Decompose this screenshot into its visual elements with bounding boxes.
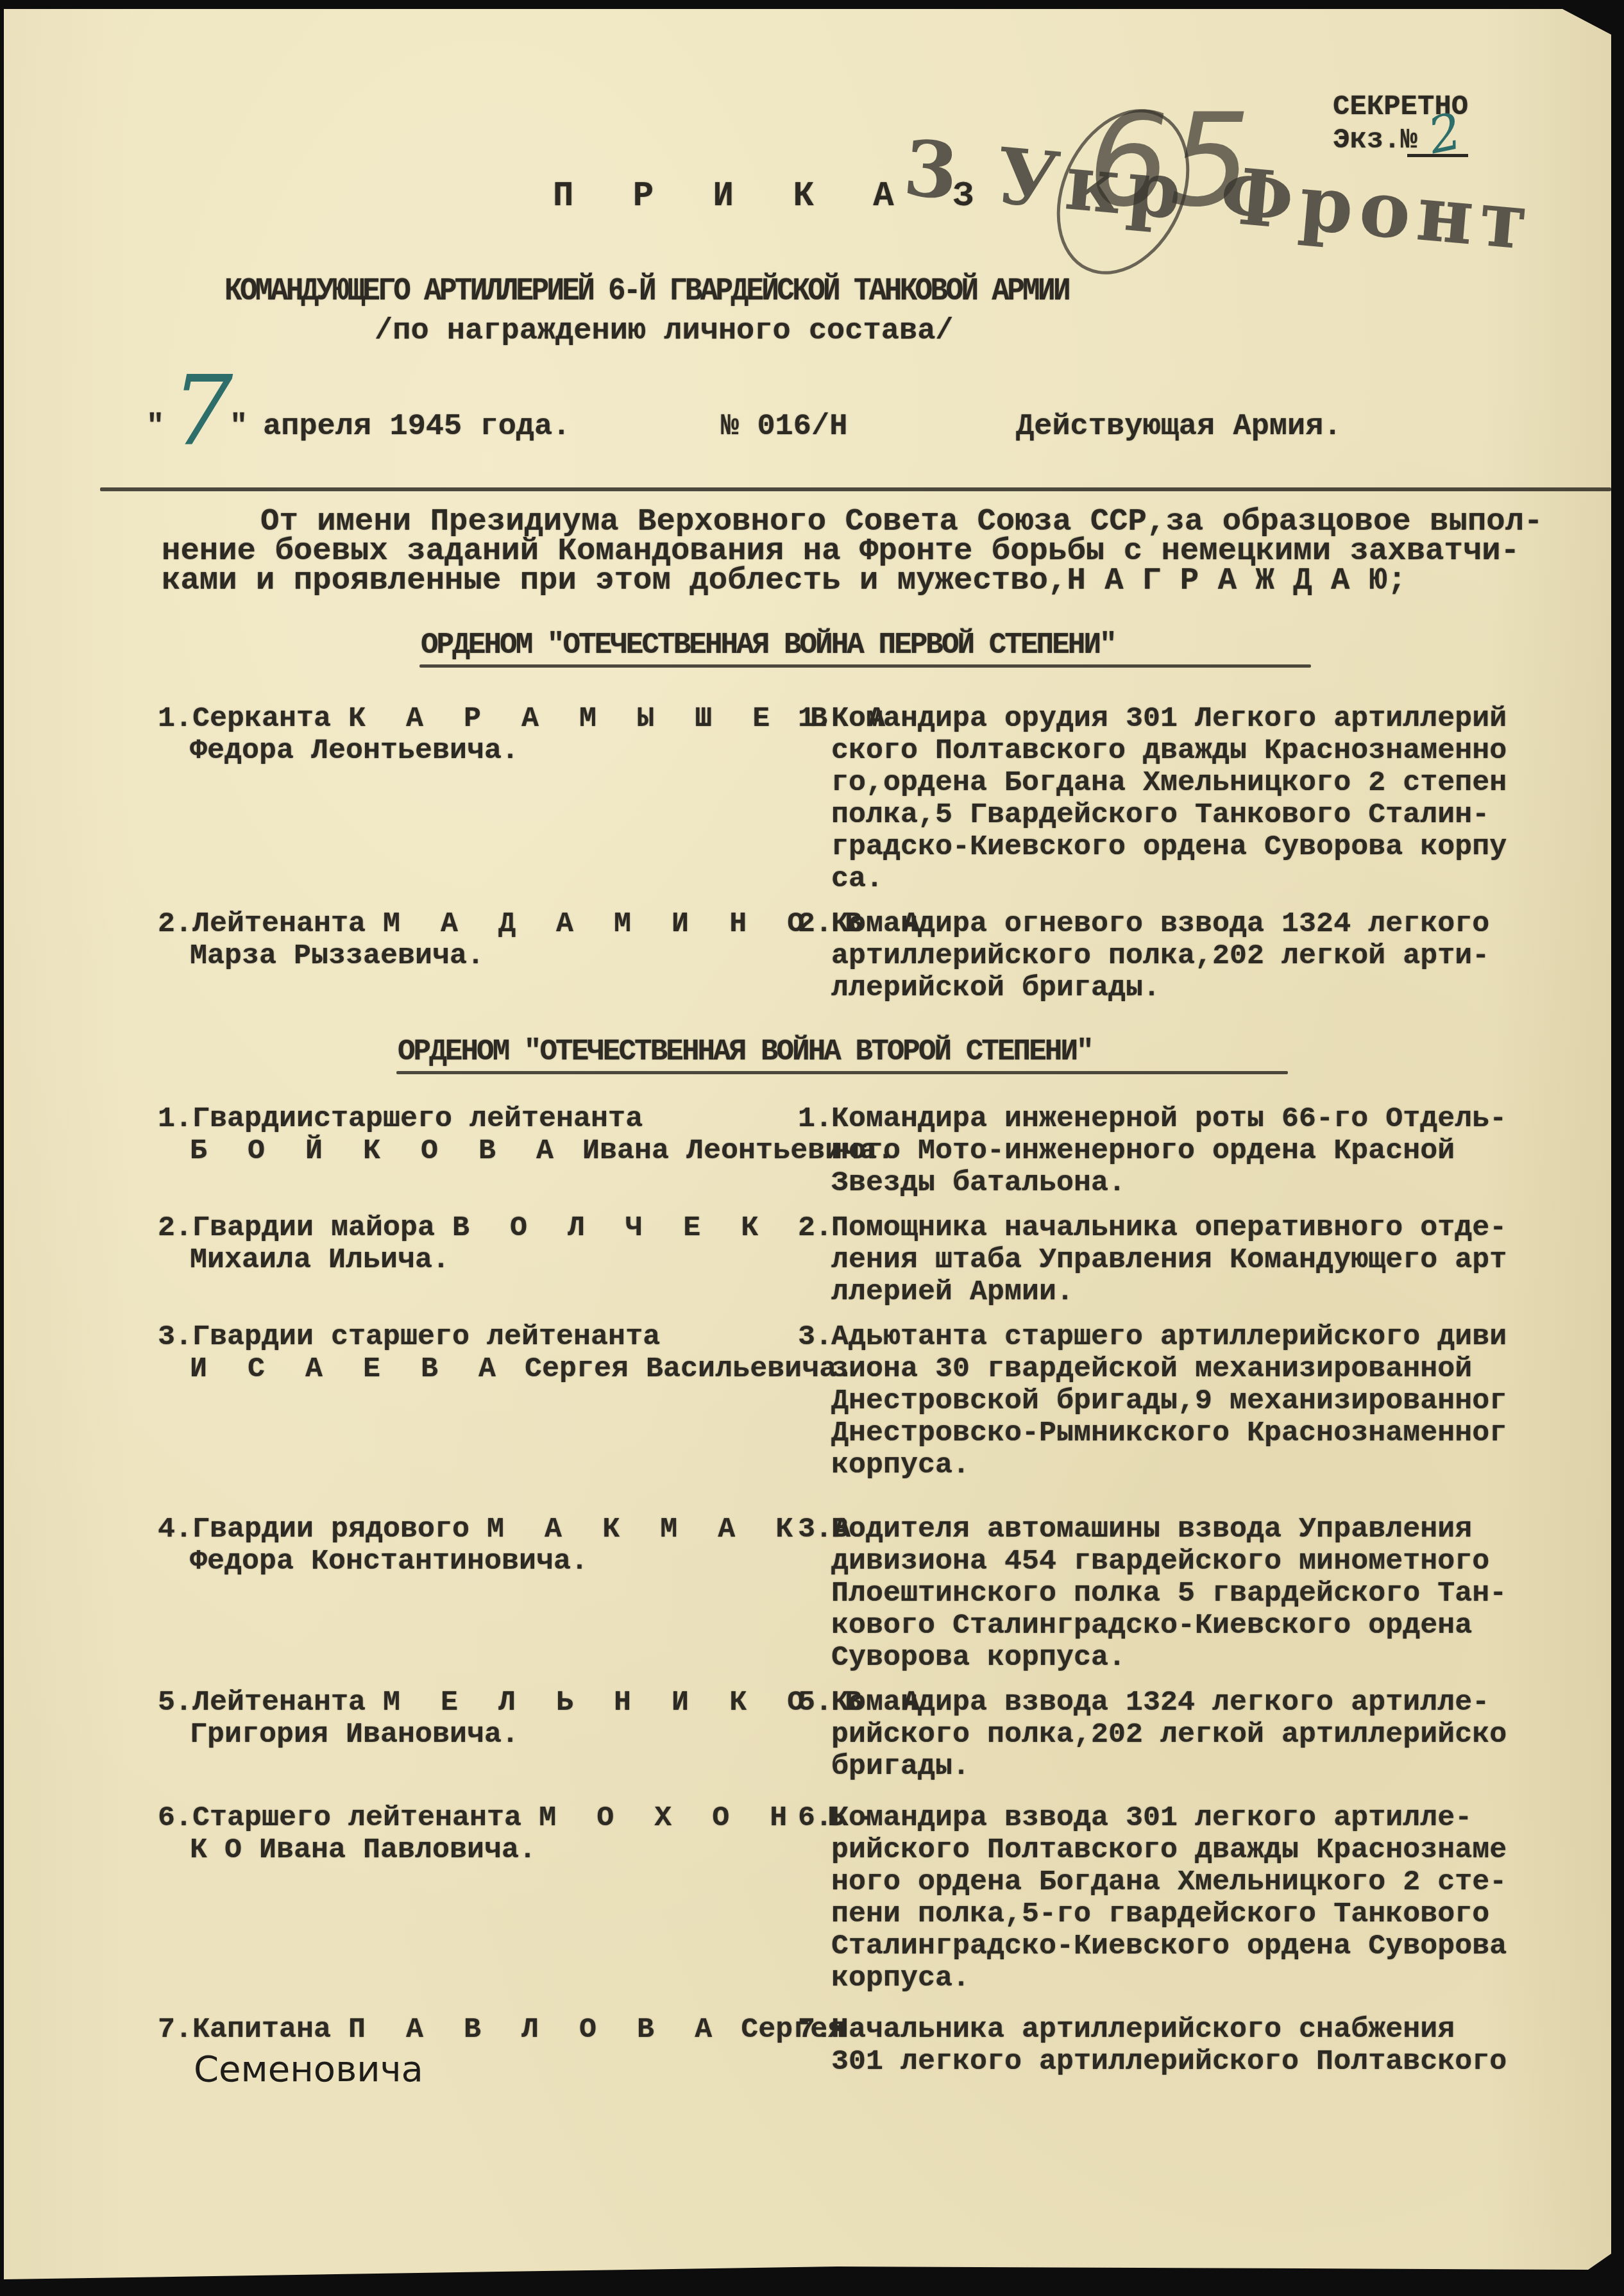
position-line: ного Мото-инженерного ордена Красной xyxy=(831,1135,1455,1167)
entry-name: Марза Рыззаевича. xyxy=(190,940,484,972)
entry-surname: П А В Л О В А xyxy=(348,2013,723,2046)
issuer-heading: КОМАНДУЮЩЕГО АРТИЛЛЕРИЕЙ 6-Й ГВАРДЕЙСКОЙ… xyxy=(224,273,1069,310)
entry-rank: Гвардии майора xyxy=(192,1211,435,1244)
position-line: полка,5 Гвардейского Танкового Сталин- xyxy=(831,799,1489,831)
position-line: рийского Полтавского дважды Краснознаме xyxy=(831,1834,1507,1866)
position-line: Командира огневого взвода 1324 легкого xyxy=(831,908,1489,940)
order-date: апреля 1945 года. xyxy=(263,410,570,444)
entry-surname: В О Л Ч Е К xyxy=(452,1211,770,1244)
position-number: 5. xyxy=(798,1687,833,1719)
section-title-underline xyxy=(419,664,1311,668)
document-page: СЕКРЕТНО Экз.№ 2 П Р И К А З 3 Укр Фронт… xyxy=(4,9,1611,2279)
subject-line: /по награждению личного состава/ xyxy=(375,314,954,348)
position-line: Суворова корпуса. xyxy=(831,1642,1126,1674)
position-line: Командира взвода 1324 легкого артилле- xyxy=(831,1687,1489,1719)
position-line: Командира взвода 301 легкого артилле- xyxy=(831,1802,1472,1834)
entry-rank: Гвардии старшего лейтенанта xyxy=(192,1321,660,1353)
position-line: градско-Киевского ордена Суворова корпу xyxy=(831,831,1507,863)
position-line: ского Полтавского дважды Краснознаменно xyxy=(831,735,1507,767)
section-title-second-degree: ОРДЕНОМ "ОТЕЧЕСТВЕННАЯ ВОЙНА ВТОРОЙ СТЕП… xyxy=(398,1035,1092,1068)
entry-number: 2. xyxy=(158,1211,192,1244)
preamble-line-3: ками и проявленные при этом доблесть и м… xyxy=(162,566,1407,595)
position-line: Помощника начальника оперативного отде- xyxy=(831,1212,1507,1244)
entry-rank: Гвардии рядового xyxy=(192,1513,469,1546)
position-line: 301 легкого артиллерийского Полтавского xyxy=(831,2046,1507,2078)
position-number: 3. xyxy=(798,1321,833,1353)
entry-name: Михаила Ильича. xyxy=(190,1244,450,1276)
position-line: го,ордена Богдана Хмельницкого 2 степен xyxy=(831,767,1507,799)
copy-number-label: Экз.№ xyxy=(1333,124,1417,156)
position-number: 2. xyxy=(798,1212,833,1244)
position-number: 1. xyxy=(798,1103,833,1135)
position-line: бригады. xyxy=(831,1751,970,1783)
entry-rank: Лейтенанта xyxy=(192,907,366,940)
preamble-line-2: нение боевых заданий Командования на Фро… xyxy=(162,536,1519,566)
position-line: ллерийской бригады. xyxy=(831,972,1160,1004)
section-title-underline xyxy=(396,1071,1288,1074)
position-line: Водителя автомашины взвода Управления xyxy=(831,1514,1472,1546)
position-line: ного ордена Богдана Хмельницкого 2 сте- xyxy=(831,1866,1507,1898)
position-line: корпуса. xyxy=(831,1449,970,1481)
entry-number: 3. xyxy=(158,1321,192,1353)
entry-rank: Старшего лейтенанта xyxy=(192,1802,521,1834)
entry-number: 7. xyxy=(158,2013,192,2046)
entry-number: 1. xyxy=(158,702,192,735)
order-number: № 016/Н xyxy=(721,410,847,444)
entry-name: Григория Ивановича. xyxy=(190,1719,519,1751)
entry-number: 5. xyxy=(158,1686,192,1719)
position-line: са. xyxy=(831,863,883,895)
position-line: рийского полка,202 легкой артиллерийско xyxy=(831,1719,1507,1751)
entry-number: 6. xyxy=(158,1802,192,1834)
entry-rank: Лейтенанта xyxy=(192,1686,366,1719)
entry-patronymic-handwritten: Семеновича xyxy=(194,2048,423,2090)
preamble-line-1: От имени Президиума Верховного Совета Со… xyxy=(260,507,1543,536)
position-line: Командира инженерной роты 66-го Отдель- xyxy=(831,1103,1507,1135)
position-number: 6. xyxy=(798,1802,833,1834)
entry-number: 2. xyxy=(158,907,192,940)
date-day-handwritten: 7 xyxy=(172,355,233,467)
position-line: Днестровско-Рымникского Краснознаменног xyxy=(831,1417,1507,1449)
entry-surname: И С А Е В А xyxy=(190,1353,507,1385)
position-line: зиона 30 гвардейской механизированной xyxy=(831,1353,1472,1385)
position-line: Сталинградско-Киевского ордена Суворова xyxy=(831,1930,1507,1963)
entry-surname: Б О Й К О В А xyxy=(190,1135,565,1167)
position-line: Адьютанта старшего артиллерийского диви xyxy=(831,1321,1507,1353)
position-line: ления штаба Управления Командующего арт xyxy=(831,1244,1507,1276)
position-line: Начальника артиллерийского снабжения xyxy=(831,2014,1455,2046)
position-line: Звезды батальона. xyxy=(831,1167,1126,1199)
entry-name: Федора Константиновича. xyxy=(190,1546,588,1578)
position-line: дивизиона 454 гвардейского минометного xyxy=(831,1546,1489,1578)
header-divider xyxy=(100,487,1611,491)
position-line: Днестровской бригады,9 механизированног xyxy=(831,1385,1507,1417)
entry-name: К О Ивана Павловича. xyxy=(190,1834,536,1866)
entry-number: 4. xyxy=(158,1513,192,1546)
entry-rank: Гвардиистаршего лейтенанта xyxy=(192,1102,643,1135)
position-line: артиллерийского полка,202 легкой арти- xyxy=(831,940,1489,972)
date-quote-close: " xyxy=(230,410,248,444)
date-quote-open: " xyxy=(146,410,164,444)
position-line: Плоештинского полка 5 гвардейского Тан- xyxy=(831,1578,1507,1610)
position-line: ллерией Армии. xyxy=(831,1276,1074,1308)
position-number: 3. xyxy=(798,1514,833,1546)
entry-rank: Серканта xyxy=(192,702,331,735)
order-location: Действующая Армия. xyxy=(1016,410,1342,444)
entry-name: Федора Леонтьевича. xyxy=(190,735,519,767)
entry-rank: Капитана xyxy=(192,2013,331,2046)
position-line: корпуса. xyxy=(831,1963,970,1995)
section-title-first-degree: ОРДЕНОМ "ОТЕЧЕСТВЕННАЯ ВОЙНА ПЕРВОЙ СТЕП… xyxy=(421,629,1115,662)
entry-number: 1. xyxy=(158,1102,192,1135)
position-line: пени полка,5-го гвардейского Танкового xyxy=(831,1898,1489,1930)
entry-name: Сергея Васильевича. xyxy=(525,1353,854,1385)
position-line: кового Сталинградско-Киевского ордена xyxy=(831,1610,1472,1642)
position-line: Командира орудия 301 Легкого артиллерий xyxy=(831,703,1507,735)
position-number: 2. xyxy=(798,908,833,940)
position-number: 1. xyxy=(798,703,833,735)
position-number: 7. xyxy=(798,2014,833,2046)
signature-handwritten: 65 xyxy=(1088,86,1251,235)
